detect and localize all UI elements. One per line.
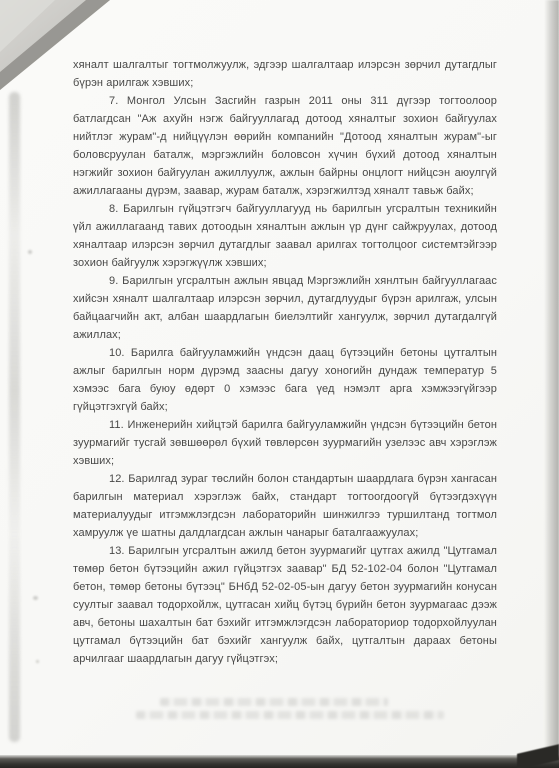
right-edge-shadow [544,0,559,768]
scanned-document-page: хяналт шалгалтыг тогтмолжуулж, эдгээр ша… [0,0,559,768]
paragraph-item-9: 9. Барилгын угсралтын ажлын явцад Мэргэж… [73,272,497,344]
bottom-scan-edge [0,755,559,768]
paragraph-item-12: 12. Барилгад зураг төслийн болон стандар… [73,470,497,542]
paragraph-item-11: 11. Инженерийн хийцтэй барилга байгуулам… [73,416,497,470]
left-edge-shadow [9,92,20,742]
scan-speck [33,596,38,600]
paragraph-continuation: хяналт шалгалтыг тогтмолжуулж, эдгээр ша… [73,56,497,92]
bleedthrough-text-line [136,711,444,719]
paragraph-item-13: 13. Барилгын угсралтын ажилд бетон зуурм… [73,542,497,668]
bleedthrough-text-line [160,698,388,706]
document-text: хяналт шалгалтыг тогтмолжуулж, эдгээр ша… [73,56,497,668]
scan-speck [28,250,32,254]
paragraph-item-8: 8. Барилгын гүйцэтгэгч байгууллагууд нь … [73,200,497,272]
paragraph-item-7: 7. Монгол Улсын Засгийн газрын 2011 оны … [73,92,497,200]
paragraph-item-10: 10. Барилга байгууламжийн үндсэн даац бү… [73,344,497,416]
scan-speck [36,660,39,663]
